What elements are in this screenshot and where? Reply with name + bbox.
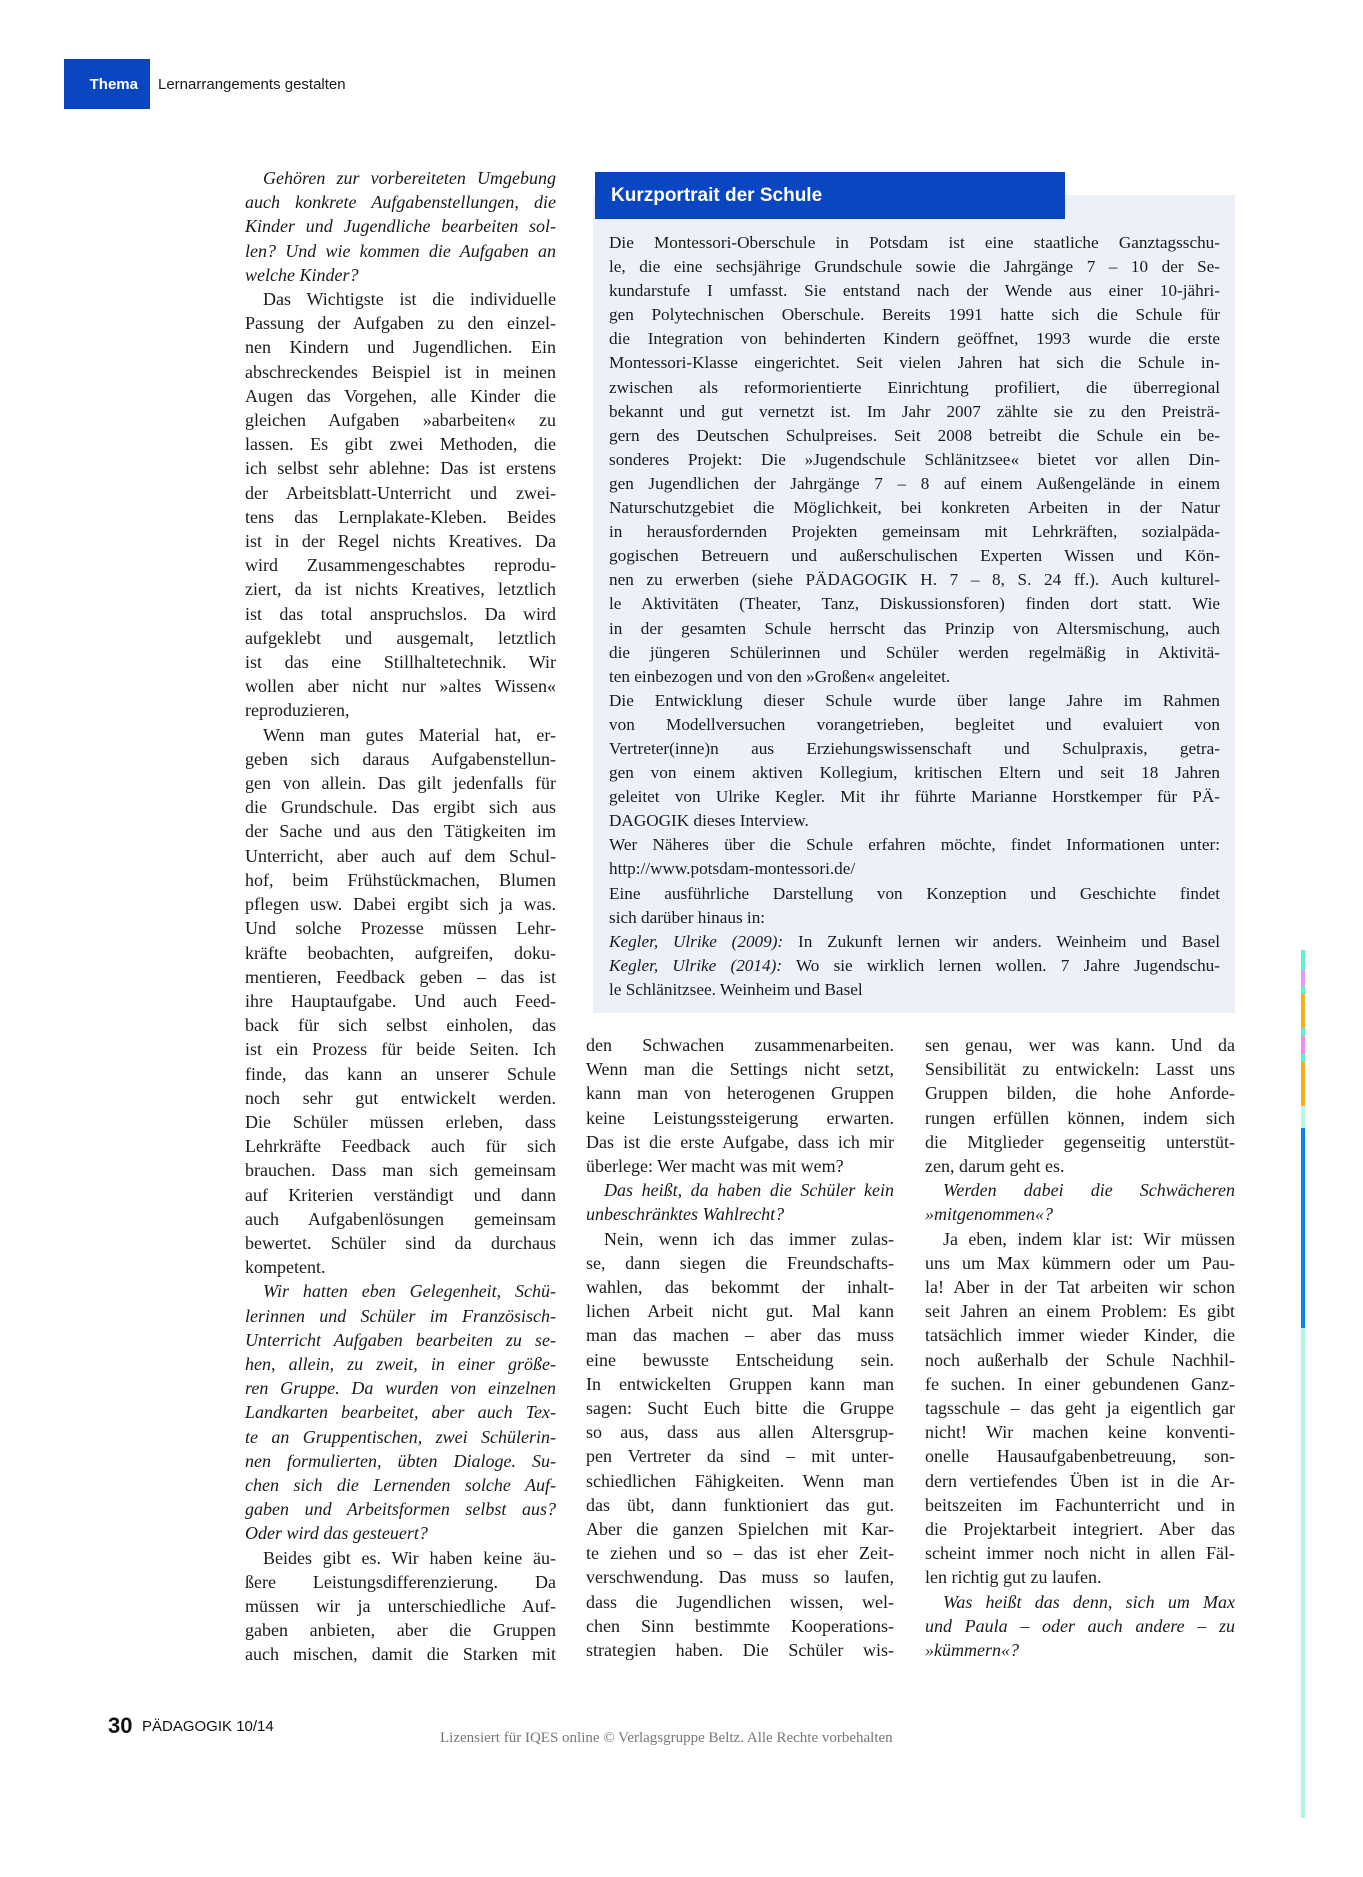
text-line: Kegler, Ulrike (2009): In Zukunft lernen… [609,930,1220,954]
text-line: geben sich daraus Aufgabenstellun- [245,747,556,771]
text-line: noch sehr gut entwickelt werden. [245,1086,556,1110]
text-line: auf Kriterien verständigt und dann [245,1183,556,1207]
text-line: strategien haben. Die Schüler wis- [586,1638,894,1662]
text-line: nen formulierten, übten Dialoge. Su- [245,1449,556,1473]
text-line: in herausfordernden Projekten gemeinsam … [609,520,1220,544]
text-line: le Schlänitzsee. Weinheim und Basel [609,978,1220,1002]
text-line: schiedlichen Fähigkeiten. Wenn man [586,1469,894,1493]
text-line: te an Gruppentischen, zwei Schülerin- [245,1425,556,1449]
text-line: eine bewusste Entscheidung sein. [586,1348,894,1372]
text-line: gen von einem aktiven Kollegium, kritisc… [609,761,1220,785]
text-line: te ziehen und so – das ist eher Zeit- [586,1541,894,1565]
text-line: rungen erfüllen können, indem sich [925,1106,1235,1130]
text-line: Gruppen bilden, die hohe Anforde- [925,1081,1235,1105]
text-line: Oder wird das gesteuert? [245,1521,556,1545]
text-line: sen genau, wer was kann. Und da [925,1033,1235,1057]
text-line: Die Entwicklung dieser Schule wurde über… [609,689,1220,713]
text-line: den Schwachen zusammenarbeiten. [586,1033,894,1057]
text-line: dern vertiefendes Üben ist in die Ar- [925,1469,1235,1493]
text-line: müssen wir ja unterschiedliche Auf- [245,1594,556,1618]
text-line: und Paula – oder auch andere – zu [925,1614,1235,1638]
text-line: ten einbezogen und von den »Großen« ange… [609,665,1220,689]
text-line: gogischen Betreuern und außerschulischen… [609,544,1220,568]
text-line: die Grundschule. Das ergibt sich aus [245,795,556,819]
text-line: se, dann siegen die Freundschafts- [586,1251,894,1275]
text-line: Wenn man gutes Material hat, er- [245,723,556,747]
text-line: hof, beim Frühstückmachen, Blumen [245,868,556,892]
text-line: ßere Leistungsdifferenzierung. Da [245,1570,556,1594]
section-tag: Thema [64,59,150,109]
text-line: Gehören zur vorbereiteten Umgebung [245,166,556,190]
text-line: kundarstufe I umfasst. Sie entstand nach… [609,279,1220,303]
text-line: verschwendung. Das muss so laufen, [586,1565,894,1589]
text-line: Unterricht Aufgaben bearbeiten zu se- [245,1328,556,1352]
text-line: in der gesamten Schule herrscht das Prin… [609,617,1220,641]
text-line: Aber die ganzen Spielchen mit Kar- [586,1517,894,1541]
text-line: gaben anbieten, aber die Gruppen [245,1618,556,1642]
text-line: nicht! Wir machen keine konventi- [925,1420,1235,1444]
text-line: Das Wichtigste ist die individuelle [245,287,556,311]
text-line: Montessori-Klasse eingerichtet. Seit vie… [609,351,1220,375]
text-line: back für sich selbst einholen, das [245,1013,556,1037]
text-line: tatsächlich immer wieder Kinder, die [925,1323,1235,1347]
text-line: »mitgenommen«? [925,1202,1235,1226]
text-line: Eine ausführliche Darstellung von Konzep… [609,882,1220,906]
text-line: Beides gibt es. Wir haben keine äu- [245,1546,556,1570]
text-line: gen Jugendlichen der Jahrgänge 7 – 8 auf… [609,472,1220,496]
text-line: len richtig gut zu laufen. [925,1565,1235,1589]
text-line: ist in der Regel nichts Kreatives. Da [245,529,556,553]
text-line: In entwickelten Gruppen kann man [586,1372,894,1396]
text-line: unbeschränktes Wahlrecht? [586,1202,894,1226]
text-line: tens das Lernplakate-Kleben. Beides [245,505,556,529]
text-line: welche Kinder? [245,263,556,287]
text-line: Passung der Aufgaben zu den einzel- [245,311,556,335]
text-line: Werden dabei die Schwächeren [925,1178,1235,1202]
text-line: Die Schüler müssen erleben, dass [245,1110,556,1134]
text-line: Wer Näheres über die Schule erfahren möc… [609,833,1220,857]
text-line: der Sache und aus den Tätigkeiten im [245,819,556,843]
text-line: Lehrkräfte Feedback auch für sich [245,1134,556,1158]
text-line: auch mischen, damit die Starken mit [245,1642,556,1666]
text-line: abschreckendes Beispiel ist in meinen [245,360,556,384]
text-line: aufgeklebt und ausgemalt, letztlich [245,626,556,650]
text-line: »kümmern«? [925,1638,1235,1662]
text-line: brauchen. Dass man sich gemeinsam [245,1158,556,1182]
text-line: Vertreter(inne)n aus Erziehungswissensch… [609,737,1220,761]
text-line: tagsschule – das geht ja eigentlich gar [925,1396,1235,1420]
license-notice: Lizensiert für IQES online © Verlagsgrup… [440,1730,893,1747]
magazine-issue: PÄDAGOGIK 10/14 [142,1718,274,1735]
text-line: sich darüber hinaus in: [609,906,1220,930]
text-line: ist das total anspruchslos. Da wird [245,602,556,626]
text-line: reproduzieren, [245,698,556,722]
text-line: das übt, dann funktioniert das gut. [586,1493,894,1517]
text-line: Kegler, Ulrike (2014): Wo sie wirklich l… [609,954,1220,978]
citation-author: Kegler, Ulrike (2009): [609,932,783,951]
text-line: der Arbeitsblatt-Unterricht und zwei- [245,481,556,505]
right-column: sen genau, wer was kann. Und daSensibili… [925,1033,1235,1662]
text-line: beitszeiten im Fachunterricht und in [925,1493,1235,1517]
info-box-title: Kurzportrait der Schule [595,172,1065,219]
text-line: nen zu erwerben (siehe PÄDAGOGIK H. 7 – … [609,568,1220,592]
text-line: gleichen Aufgaben »abarbeiten« zu [245,408,556,432]
text-line: die Projektarbeit integriert. Aber das [925,1517,1235,1541]
text-line: onelle Hausaufgabenbetreuung, son- [925,1444,1235,1468]
text-line: ihre Hauptaufgabe. Und auch Feed- [245,989,556,1013]
text-line: kompetent. [245,1255,556,1279]
text-line: bewertet. Schüler sind da durchaus [245,1231,556,1255]
text-line: chen sich die Lernenden solche Auf- [245,1473,556,1497]
text-line: bekannt und gut vernetzt ist. Im Jahr 20… [609,400,1220,424]
text-line: lerinnen und Schüler im Französisch- [245,1304,556,1328]
text-line: ziert, da ist nichts Kreatives, letztlic… [245,577,556,601]
text-line: Was heißt das denn, sich um Max [925,1590,1235,1614]
text-line: sagen: Sucht Euch bitte die Gruppe [586,1396,894,1420]
text-line: le Aktivitäten (Theater, Tanz, Diskussio… [609,592,1220,616]
text-line: Ja eben, indem klar ist: Wir müssen [925,1227,1235,1251]
text-line: dass die Jugendlichen wissen, wel- [586,1590,894,1614]
text-line: le, die eine sechsjährige Grundschule so… [609,255,1220,279]
text-line: hen, allein, zu zweit, in einer größe- [245,1352,556,1376]
citation-author: Kegler, Ulrike (2014): [609,956,782,975]
text-line: Augen das Vorgehen, alle Kinder die [245,384,556,408]
middle-column: den Schwachen zusammenarbeiten.Wenn man … [586,1033,894,1662]
text-line: so aus, dass aus allen Altersgrup- [586,1420,894,1444]
text-line: Und solche Prozesse müssen Lehr- [245,916,556,940]
text-line: zen, darum geht es. [925,1154,1235,1178]
text-line: finde, das kann an unserer Schule [245,1062,556,1086]
info-box-text: Die Montessori-Oberschule in Potsdam ist… [609,231,1220,1002]
text-line: Die Montessori-Oberschule in Potsdam ist… [609,231,1220,255]
text-line: len? Und wie kommen die Aufgaben an [245,239,556,263]
text-line: kräfte beobachten, aufgreifen, doku- [245,941,556,965]
text-line: noch außerhalb der Schule Nachhil- [925,1348,1235,1372]
text-line: Unterricht, aber auch auf dem Schul- [245,844,556,868]
text-line: keine Leistungssteigerung erwarten. [586,1106,894,1130]
text-line: pflegen usw. Dabei ergibt sich ja was. [245,892,556,916]
text-line: Wenn man die Settings nicht setzt, [586,1057,894,1081]
text-line: uns um Max kümmern oder um Pau- [925,1251,1235,1275]
text-line: Das ist die erste Aufgabe, dass ich mir [586,1130,894,1154]
text-line: von Modellversuchen vorangetrieben, begl… [609,713,1220,737]
text-line: lassen. Es gibt zwei Methoden, die [245,432,556,456]
text-line: mentieren, Feedback geben – das ist [245,965,556,989]
text-line: Kinder und Jugendliche bearbeiten sol- [245,214,556,238]
text-line: zwischen als reformorientierte Einrichtu… [609,376,1220,400]
text-line: ich selbst sehr ablehne: Das ist erstens [245,456,556,480]
text-line: geleitet von Ulrike Kegler. Mit ihr führ… [609,785,1220,809]
text-line: gaben und Arbeitsformen selbst aus? [245,1497,556,1521]
text-line: ist ein Prozess für beide Seiten. Ich [245,1037,556,1061]
page-section-title: Lernarrangements gestalten [158,59,346,109]
text-line: ist das eine Stillhaltetechnik. Wir [245,650,556,674]
text-line: sonderes Projekt: Die »Jugendschule Schl… [609,448,1220,472]
text-line: Wir hatten eben Gelegenheit, Schü- [245,1279,556,1303]
text-line: wird Zusammengeschabtes reprodu- [245,553,556,577]
page-number: 30 [108,1713,132,1739]
text-line: kann man von heterogenen Gruppen [586,1081,894,1105]
text-line: man das machen – aber das muss [586,1323,894,1347]
text-line: lichen Arbeit nicht gut. Mal kann [586,1299,894,1323]
text-line: gen Polytechnischen Oberschule. Bereits … [609,303,1220,327]
text-line: scheint immer noch nicht in allen Fäl- [925,1541,1235,1565]
text-line: die Integration von behinderten Kindern … [609,327,1220,351]
text-line: fe suchen. In einer gebundenen Ganz- [925,1372,1235,1396]
text-line: Naturschutzgebiet die Möglichkeit, bei k… [609,496,1220,520]
text-line: ren Gruppe. Da wurden von einzelnen [245,1376,556,1400]
text-line: Sensibilität zu entwickeln: Lasst uns [925,1057,1235,1081]
text-line: wahlen, das bekommt der inhalt- [586,1275,894,1299]
text-line: die Mitglieder gegenseitig unterstüt- [925,1130,1235,1154]
website-link[interactable]: http://www.potsdam-montessori.de/ [609,857,1220,881]
text-line: pen Vertreter da sind – mit unter- [586,1444,894,1468]
text-line: la! Aber in der Tat arbeiten wir schon [925,1275,1235,1299]
text-line: gern des Deutschen Schulpreises. Seit 20… [609,424,1220,448]
text-line: gen von allein. Das gilt jedenfalls für [245,771,556,795]
text-line: Landkarten bearbeitet, aber auch Tex- [245,1400,556,1424]
text-line: DAGOGIK dieses Interview. [609,809,1220,833]
text-line: Nein, wenn ich das immer zulas- [586,1227,894,1251]
text-line: auch Aufgabenlösungen gemeinsam [245,1207,556,1231]
text-line: chen Sinn bestimmte Kooperations- [586,1614,894,1638]
text-line: nen Kindern und Jugendlichen. Ein [245,335,556,359]
left-column: Gehören zur vorbereiteten Umgebungauch k… [245,166,556,1667]
text-line: die jüngeren Schülerinnen und Schüler we… [609,641,1220,665]
text-line: überlege: Wer macht was mit wem? [586,1154,894,1178]
text-line: seit Jahren an einem Problem: Es gibt [925,1299,1235,1323]
text-line: Das heißt, da haben die Schüler kein [586,1178,894,1202]
text-line: auch konkrete Aufgabenstellungen, die [245,190,556,214]
text-line: wollen aber nicht nur »altes Wissen« [245,674,556,698]
